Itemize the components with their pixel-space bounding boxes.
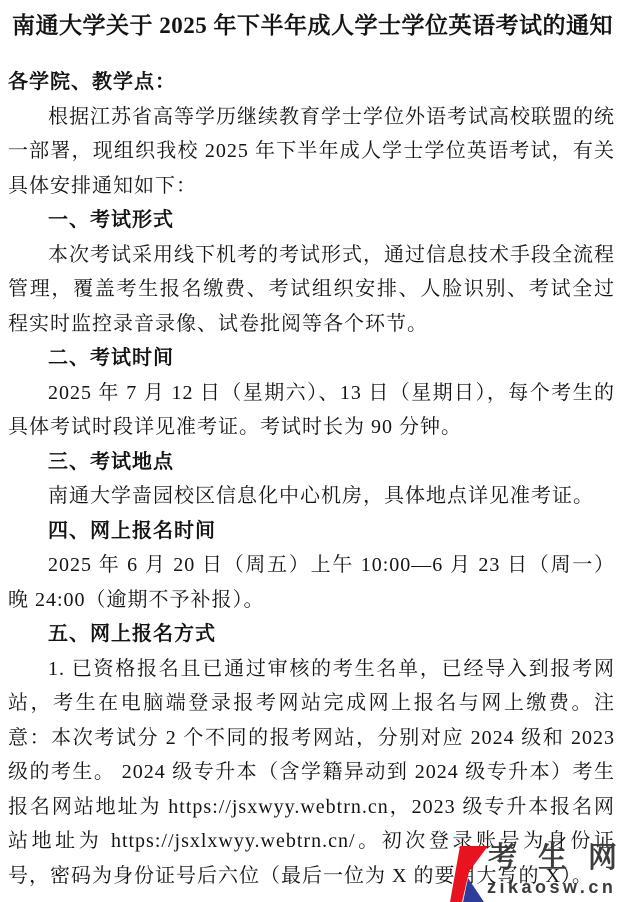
notice-title: 南通大学关于 2025 年下半年成人学士学位英语考试的通知 <box>0 0 625 43</box>
section-heading-registration-method: 五、网上报名方式 <box>8 617 615 652</box>
salutation: 各学院、教学点： <box>8 65 615 100</box>
section-heading-exam-time: 二、考试时间 <box>8 341 615 376</box>
watermark-brand-text: 考生网 <box>488 842 625 874</box>
section-body-exam-time: 2025 年 7 月 12 日（星期六）、13 日（星期日），每个考生的具体考试… <box>8 376 615 445</box>
k-logo-icon <box>450 846 488 902</box>
zikaosw-watermark: 考生网 zikaosw.cn <box>450 843 625 902</box>
section-body-exam-location: 南通大学啬园校区信息化中心机房，具体地点详见准考证。 <box>8 479 615 514</box>
watermark-domain-text: zikaosw.cn <box>487 876 616 898</box>
section-heading-registration-time: 四、网上报名时间 <box>8 514 615 549</box>
notice-document: 南通大学关于 2025 年下半年成人学士学位英语考试的通知 各学院、教学点： 根… <box>0 0 625 902</box>
section-body-exam-format: 本次考试采用线下机考的考试形式，通过信息技术手段全流程管理，覆盖考生报名缴费、考… <box>8 238 615 342</box>
notice-body: 各学院、教学点： 根据江苏省高等学历继续教育学士学位外语考试高校联盟的统一部署，… <box>0 65 625 893</box>
section-body-registration-time: 2025 年 6 月 20 日（周五）上午 10:00—6 月 23 日（周一）… <box>8 548 615 617</box>
section-heading-exam-format: 一、考试形式 <box>8 203 615 238</box>
intro-paragraph: 根据江苏省高等学历继续教育学士学位外语考试高校联盟的统一部署，现组织我校 202… <box>8 100 615 204</box>
section-heading-exam-location: 三、考试地点 <box>8 445 615 480</box>
